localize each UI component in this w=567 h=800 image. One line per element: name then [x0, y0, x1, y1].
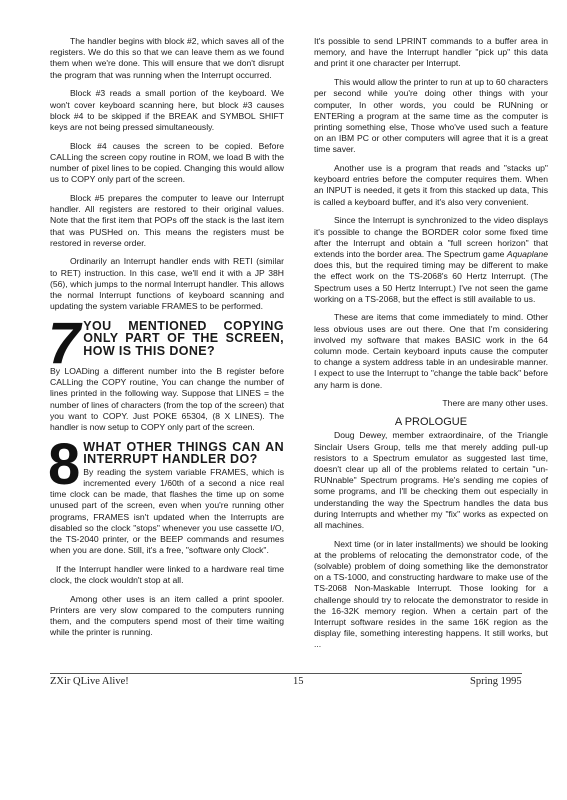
paragraph: Doug Dewey, member extraordinaire, of th… — [314, 430, 548, 531]
section-body-7: By LOADing a different number into the B… — [50, 366, 284, 433]
left-column: The handler begins with block #2, which … — [50, 36, 284, 646]
section-number-8: 8 — [48, 441, 80, 489]
paragraph: Next time (or in later installments) we … — [314, 539, 548, 651]
paragraph: This would allow the printer to run at u… — [314, 77, 548, 155]
footer-issue: Spring 1995 — [470, 676, 522, 687]
section-7: 7 YOU MENTIONED COPYING ONLY PART OF THE… — [50, 320, 284, 433]
paragraph: Among other uses is an item called a pri… — [50, 594, 284, 639]
footer-publication: ZXir QLive Alive! — [50, 676, 129, 687]
game-title: Aquaplane — [507, 249, 548, 259]
paragraph: Ordinarily an Interrupt handler ends wit… — [50, 256, 284, 312]
section-number-7: 7 — [48, 320, 80, 368]
footer-divider — [50, 673, 522, 674]
paragraph: The handler begins with block #2, which … — [50, 36, 284, 81]
paragraph: Another use is a program that reads and … — [314, 163, 548, 208]
paragraph: Block #3 reads a small portion of the ke… — [50, 88, 284, 133]
paragraph: These are items that come immediately to… — [314, 312, 548, 390]
paragraph: It's possible to send LPRINT commands to… — [314, 36, 548, 70]
paragraph: Block #5 prepares the computer to leave … — [50, 193, 284, 249]
paragraph: Since the Interrupt is synchronized to t… — [314, 215, 548, 305]
section-heading-7: YOU MENTIONED COPYING ONLY PART OF THE S… — [50, 320, 284, 358]
section-body-8: By reading the system variable FRAMES, w… — [50, 467, 284, 557]
section-8: 8 WHAT OTHER THINGS CAN AN INTERRUPT HAN… — [50, 441, 284, 557]
right-column: It's possible to send LPRINT commands to… — [314, 36, 548, 658]
paragraph: If the Interrupt handler were linked to … — [50, 564, 284, 586]
section-heading-8: WHAT OTHER THINGS CAN AN INTERRUPT HANDL… — [50, 441, 284, 466]
paragraph-text: does this, but the required timing may b… — [314, 260, 548, 304]
prologue-heading: A PROLOGUE — [314, 417, 548, 428]
paragraph: Block #4 causes the screen to be copied.… — [50, 141, 284, 186]
paragraph: There are many other uses. — [314, 398, 548, 409]
footer-page-number: 15 — [293, 676, 304, 687]
